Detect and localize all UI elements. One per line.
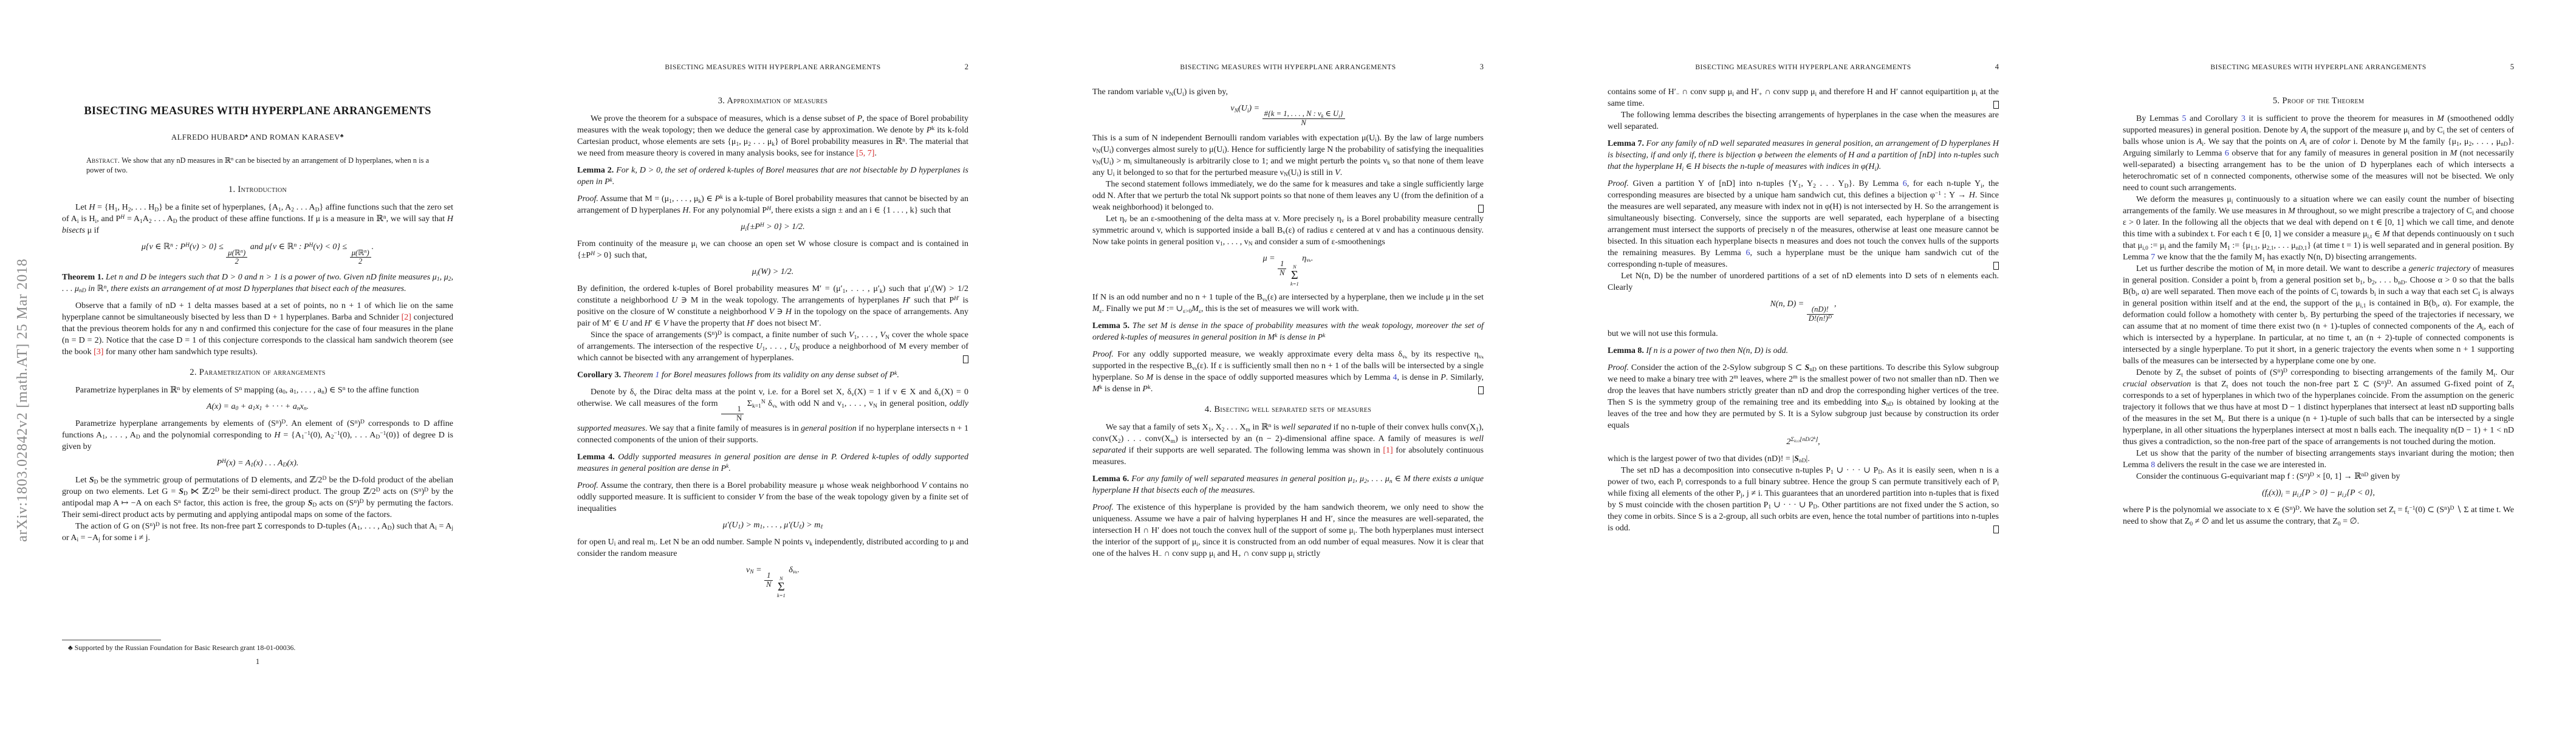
running-head: BISECTING MEASURES WITH HYPERPLANE ARRAN… xyxy=(1608,63,1999,71)
footnote-rule xyxy=(62,640,161,640)
paragraph: contains some of H′− ∩ conv supp μi and … xyxy=(1608,86,1999,109)
paragraph: Let ηv be an ε-smoothening of the delta … xyxy=(1092,213,1484,248)
paragraph: Consider the continuous G-equivariant ma… xyxy=(2123,471,2514,482)
display-formula: μ′(U1) > m1, . . . , μ′(Uℓ) > mℓ xyxy=(577,519,968,532)
footnote-area: ♣ Supported by the Russian Foundation fo… xyxy=(62,640,453,666)
page-1: arXiv:1803.02842v2 [math.AT] 25 Mar 2018… xyxy=(0,0,515,729)
paragraph: Let SD be the symmetric group of permuta… xyxy=(62,474,453,521)
page-2: BISECTING MEASURES WITH HYPERPLANE ARRAN… xyxy=(515,0,1030,729)
display-formula: A(x) = a0 + a1x1 + · · · + anxn. xyxy=(62,401,453,413)
paragraph: Observe that a family of nD + 1 delta ma… xyxy=(62,300,453,358)
running-head-title: BISECTING MEASURES WITH HYPERPLANE ARRAN… xyxy=(1180,63,1396,71)
page-content: 5. Proof of the TheoremBy Lemmas 5 and C… xyxy=(2123,86,2514,527)
paragraph: Let us further describe the motion of Mt… xyxy=(2123,263,2514,367)
sum-operator: NΣk=1 xyxy=(777,576,786,598)
proof-label: Proof. xyxy=(577,194,598,204)
display-formula: μi(W) > 1/2. xyxy=(577,266,968,278)
display-formula: νN(Ui) = #{k = 1, . . . , N : vk ∈ Ui}N xyxy=(1092,103,1484,128)
cross-reference-link[interactable]: 6 xyxy=(1745,248,1750,258)
sum-operator: NΣk=1 xyxy=(1290,264,1299,287)
display-formula: PH(x) = A1(x) . . . AD(x). xyxy=(62,457,453,470)
section-heading: 1. Introduction xyxy=(62,185,453,195)
paragraph: If N is an odd number and no n + 1 tuple… xyxy=(1092,292,1484,315)
qed-box xyxy=(1478,205,1484,213)
page-content: The random variable νN(Ui) is given by,ν… xyxy=(1092,86,1484,560)
paragraph: The action of G on (Sn)D is not free. It… xyxy=(62,521,453,544)
paper-title: BISECTING MEASURES WITH HYPERPLANE ARRAN… xyxy=(62,104,453,118)
page-number: 2 xyxy=(965,63,968,72)
paragraph: We deform the measures μi continuously t… xyxy=(2123,194,2514,263)
citation-link[interactable]: [5, 7] xyxy=(856,149,874,158)
qed-box xyxy=(1993,262,1999,270)
theorem-block: Corollary 3. Theorem 1 for Borel measure… xyxy=(577,369,968,381)
paragraph: where P is the polynomial we associate t… xyxy=(2123,504,2514,527)
running-head: BISECTING MEASURES WITH HYPERPLANE ARRAN… xyxy=(577,63,968,71)
theorem-label: Lemma 6. xyxy=(1092,474,1129,484)
page-number: 5 xyxy=(2510,63,2514,72)
page-content: BISECTING MEASURES WITH HYPERPLANE ARRAN… xyxy=(62,0,453,544)
proof-block: Proof. For any oddly supported measure, … xyxy=(1092,349,1484,395)
paragraph: but we will not use this formula. xyxy=(1608,328,1999,340)
section-heading: 2. Parametrization of arrangements xyxy=(62,368,453,378)
display-formula: 2Σk≥1⌊nD/2k⌋, xyxy=(1608,436,1999,448)
fraction: #{k = 1, . . . , N : vk ∈ Ui}N xyxy=(1262,110,1345,127)
page-content: 3. Approximation of measuresWe prove the… xyxy=(577,86,968,603)
paragraph: Let H = {H1, H2, . . . HD} be a finite s… xyxy=(62,202,453,236)
paragraph: which is the largest power of two that d… xyxy=(1608,453,1999,465)
paragraph: The second statement follows immediately… xyxy=(1092,179,1484,213)
display-formula: μ{v ∈ ℝn : PH(v) > 0} ≤ μ(ℝn)2 and μ{v ∈… xyxy=(62,241,453,266)
paragraph: Parametrize hyperplane arrangements by e… xyxy=(62,418,453,453)
qed-box xyxy=(963,355,968,363)
paragraph: for open Ui and real mi. Let N be an odd… xyxy=(577,536,968,560)
paragraph: We prove the theorem for a subspace of m… xyxy=(577,113,968,159)
cross-reference-link[interactable]: 1 xyxy=(655,371,659,380)
proof-block: Proof. Assume that M = (μ1, . . . , μk) … xyxy=(577,193,968,216)
theorem-label: Corollary 3. xyxy=(577,371,621,380)
display-formula: (ft(x))i = μi,t{P > 0} − μi,t{P < 0}, xyxy=(2123,487,2514,499)
paragraph: This is a sum of N independent Bernoulli… xyxy=(1092,132,1484,179)
proof-label: Proof. xyxy=(1092,503,1114,512)
paragraph: Denote by Zt the subset of points of (Sn… xyxy=(2123,367,2514,448)
proof-label: Proof. xyxy=(1608,363,1629,372)
running-head-title: BISECTING MEASURES WITH HYPERPLANE ARRAN… xyxy=(665,63,880,71)
theorem-block: Lemma 6. For any family of well separate… xyxy=(1092,473,1484,496)
paragraph: Parametrize hyperplanes in ℝn by element… xyxy=(62,385,453,396)
running-head-title: BISECTING MEASURES WITH HYPERPLANE ARRAN… xyxy=(2210,63,2426,71)
cross-reference-link[interactable]: 6 xyxy=(2225,149,2229,158)
proof-block: Proof. Given a partition Y of [nD] into … xyxy=(1608,178,1999,270)
display-formula: N(n, D) = (nD)!D!(n!)D, xyxy=(1608,298,1999,323)
paragraph: Let us show that the parity of the numbe… xyxy=(2123,448,2514,471)
qed-box xyxy=(1993,525,1999,533)
footnote: ♣ Supported by the Russian Foundation fo… xyxy=(62,643,453,652)
proof-label: Proof. xyxy=(1092,350,1114,359)
page-5: BISECTING MEASURES WITH HYPERPLANE ARRAN… xyxy=(2061,0,2576,729)
theorem-block: Lemma 5. The set M is dense in the space… xyxy=(1092,320,1484,343)
paragraph: The following lemma describes the bisect… xyxy=(1608,109,1999,132)
paragraph: By Lemmas 5 and Corollary 3 it is suffic… xyxy=(2123,113,2514,194)
arxiv-watermark: arXiv:1803.02842v2 [math.AT] 25 Mar 2018 xyxy=(15,258,31,542)
page-4: BISECTING MEASURES WITH HYPERPLANE ARRAN… xyxy=(1546,0,2061,729)
running-head-title: BISECTING MEASURES WITH HYPERPLANE ARRAN… xyxy=(1695,63,1911,71)
paragraph: The random variable νN(Ui) is given by, xyxy=(1092,86,1484,98)
fraction: 1N xyxy=(1278,260,1286,277)
proof-label: Proof. xyxy=(577,481,598,490)
citation-link[interactable]: [1] xyxy=(1383,446,1392,455)
theorem-block: Lemma 2. For k, D > 0, the set of ordere… xyxy=(577,165,968,188)
page-number: 3 xyxy=(1480,63,1484,72)
theorem-label: Lemma 2. xyxy=(577,166,614,175)
cross-reference-link[interactable]: 6 xyxy=(1903,179,1907,188)
page-number: 1 xyxy=(62,657,453,666)
proof-block: Proof. Consider the action of the 2-Sylo… xyxy=(1608,362,1999,431)
qed-box xyxy=(1478,386,1484,394)
fraction: μ(ℝn)2 xyxy=(226,249,247,266)
theorem-label: Theorem 1. xyxy=(62,273,103,282)
fraction: 1N xyxy=(721,405,744,422)
theorem-label: Lemma 8. xyxy=(1608,346,1644,355)
citation-link[interactable]: [2] xyxy=(402,313,411,322)
running-head: BISECTING MEASURES WITH HYPERPLANE ARRAN… xyxy=(2123,63,2514,71)
paragraph: We say that a family of sets X1, X2 . . … xyxy=(1092,422,1484,468)
page-3: BISECTING MEASURES WITH HYPERPLANE ARRAN… xyxy=(1030,0,1546,729)
section-heading: 5. Proof of the Theorem xyxy=(2123,96,2514,106)
citation-link[interactable]: [3] xyxy=(94,347,103,357)
theorem-label: Lemma 7. xyxy=(1608,139,1644,148)
paper-canvas: arXiv:1803.02842v2 [math.AT] 25 Mar 2018… xyxy=(0,0,2576,729)
abstract: Abstract. We show that any nD measures i… xyxy=(86,156,429,175)
paragraph: The set nD has a decomposition into cons… xyxy=(1608,465,1999,534)
fraction: (nD)!D!(n!)D xyxy=(1807,306,1834,323)
theorem-block: Lemma 7. For any family of nD well separ… xyxy=(1608,138,1999,173)
page-content: contains some of H′− ∩ conv supp μi and … xyxy=(1608,86,1999,534)
cross-reference-link[interactable]: 4 xyxy=(1393,373,1397,382)
paragraph: By definition, the ordered k-tuples of B… xyxy=(577,283,968,329)
proof-block: Proof. Assume the contrary, then there i… xyxy=(577,480,968,515)
theorem-label: Lemma 4. xyxy=(577,453,615,462)
display-formula: μ = 1N NΣk=1 ηvₖ. xyxy=(1092,253,1484,287)
display-formula: μi{±PH > 0} > 1/2. xyxy=(577,221,968,233)
paragraph: Denote by δv the Dirac delta mass at the… xyxy=(577,386,968,446)
theorem-block: Theorem 1. Let n and D be integers such … xyxy=(62,272,453,295)
theorem-block: Lemma 8. If n is a power of two then N(n… xyxy=(1608,345,1999,357)
paragraph: From continuity of the measure μi we can… xyxy=(577,238,968,261)
section-heading: 3. Approximation of measures xyxy=(577,96,968,106)
fraction: μ(ℝn)2 xyxy=(350,249,371,266)
cross-reference-link[interactable]: 7 xyxy=(2151,253,2155,262)
theorem-block: Lemma 4. Oddly supported measures in gen… xyxy=(577,451,968,474)
paragraph: Since the space of arrangements (Sn)D is… xyxy=(577,329,968,364)
cross-reference-link[interactable]: 8 xyxy=(2151,460,2155,470)
theorem-label: Lemma 5. xyxy=(1092,321,1129,330)
proof-block: Proof. The existence of this hyperplane … xyxy=(1092,502,1484,560)
cross-reference-link[interactable]: 5 xyxy=(2182,114,2187,123)
fraction: 1N xyxy=(764,572,773,589)
proof-label: Proof. xyxy=(1608,179,1629,188)
paragraph: Let N(n, D) be the number of unordered p… xyxy=(1608,270,1999,293)
running-head: BISECTING MEASURES WITH HYPERPLANE ARRAN… xyxy=(1092,63,1484,71)
section-heading: 4. Bisecting well separated sets of meas… xyxy=(1092,405,1484,415)
cross-reference-link[interactable]: 3 xyxy=(2241,114,2245,123)
author-line: ALFREDO HUBARD♠ AND ROMAN KARASEV♣ xyxy=(62,133,453,142)
display-formula: νN = 1N NΣk=1 δvₖ. xyxy=(577,564,968,598)
page-number: 4 xyxy=(1995,63,1999,72)
qed-box xyxy=(1993,101,1999,109)
abstract-label: Abstract. xyxy=(86,156,120,165)
